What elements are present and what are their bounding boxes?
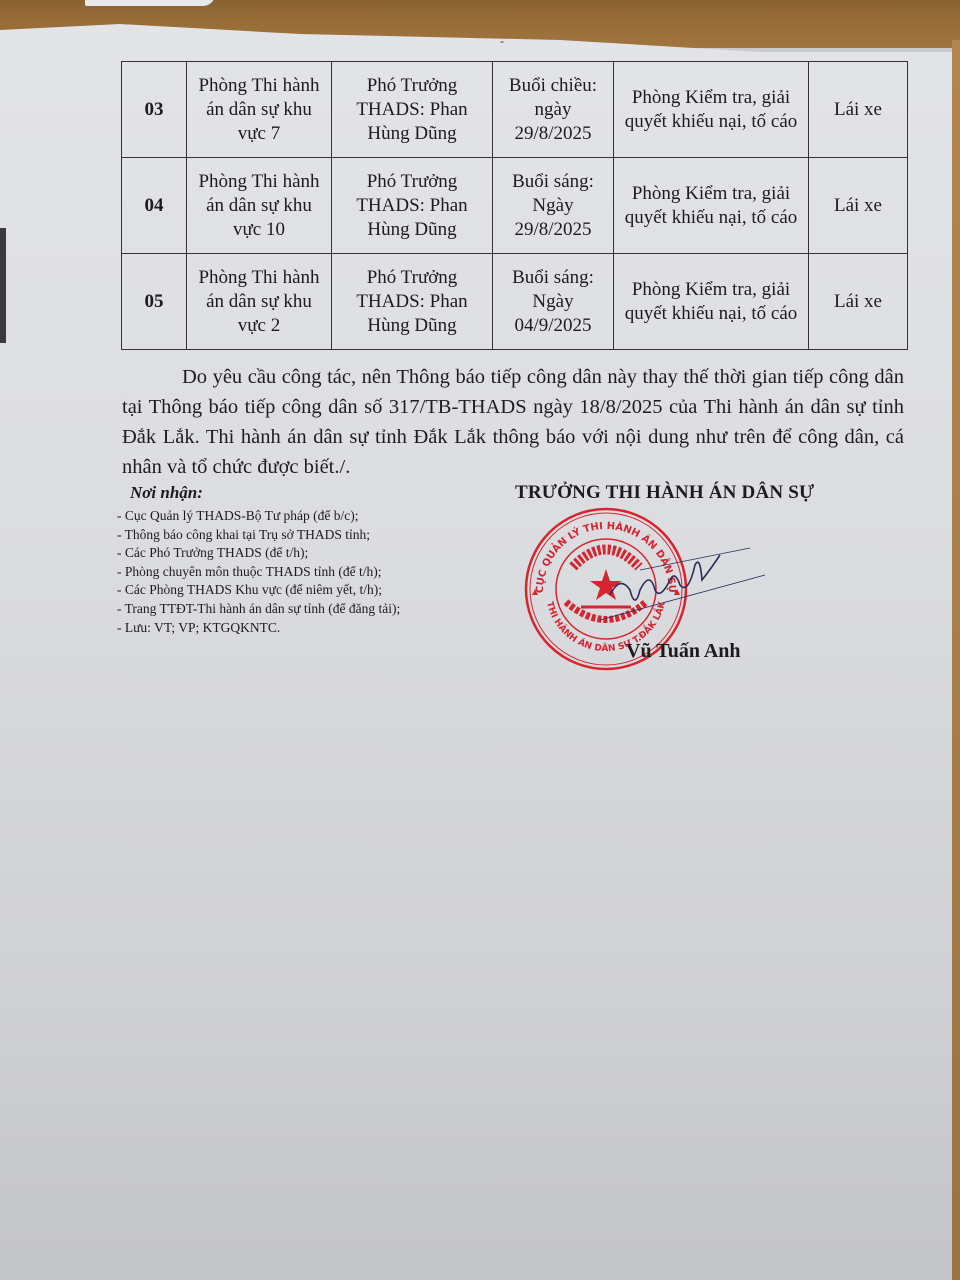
recipient-item: - Trang TTĐT-Thi hành án dân sự tỉnh (để…: [117, 600, 507, 619]
leader-cell: Phó Trưởng THADS: Phan Hùng Dũng: [332, 62, 493, 158]
staff-cell: Lái xe: [809, 254, 908, 350]
desk-edge-right: [952, 40, 960, 1280]
recipient-item: - Phòng chuyên môn thuộc THADS tỉnh (để …: [117, 563, 507, 582]
unit-cell: Phòng Thi hành án dân sự khu vực 2: [187, 254, 332, 350]
stacked-paper-edge: [85, 0, 215, 6]
time-cell: Buổi chiều: ngày 29/8/2025: [493, 62, 614, 158]
unit-cell: Phòng Thi hành án dân sự khu vực 7: [187, 62, 332, 158]
leader-cell: Phó Trưởng THADS: Phan Hùng Dũng: [332, 158, 493, 254]
department-cell: Phòng Kiểm tra, giải quyết khiếu nại, tố…: [614, 62, 809, 158]
staff-cell: Lái xe: [809, 62, 908, 158]
reception-schedule-table: 03 Phòng Thi hành án dân sự khu vực 7 Ph…: [121, 61, 908, 350]
recipient-item: - Cục Quản lý THADS-Bộ Tư pháp (để b/c);: [117, 507, 507, 526]
page-mark: -: [500, 34, 504, 49]
staff-cell: Lái xe: [809, 158, 908, 254]
time-cell: Buổi sáng: Ngày 29/8/2025: [493, 158, 614, 254]
recipients-title: Nơi nhận:: [130, 483, 507, 503]
leader-cell: Phó Trưởng THADS: Phan Hùng Dũng: [332, 254, 493, 350]
notice-paragraph: Do yêu cầu công tác, nên Thông báo tiếp …: [122, 362, 904, 482]
unit-cell: Phòng Thi hành án dân sự khu vực 10: [187, 158, 332, 254]
recipients-block: Nơi nhận: - Cục Quản lý THADS-Bộ Tư pháp…: [117, 483, 507, 637]
row-number: 04: [122, 158, 187, 254]
recipient-item: - Lưu: VT; VP; KTGQKNTC.: [117, 619, 507, 638]
signer-name: Vũ Tuấn Anh: [626, 640, 741, 663]
recipient-item: - Các Phó Trưởng THADS (để t/h);: [117, 544, 507, 563]
signer-title: TRƯỞNG THI HÀNH ÁN DÂN SỰ: [515, 482, 814, 504]
table-row: 05 Phòng Thi hành án dân sự khu vực 2 Ph…: [122, 254, 908, 350]
recipient-item: - Các Phòng THADS Khu vực (để niêm yết, …: [117, 581, 507, 600]
time-cell: Buổi sáng: Ngày 04/9/2025: [493, 254, 614, 350]
row-number: 05: [122, 254, 187, 350]
recipient-item: - Thông báo công khai tại Trụ sở THADS t…: [117, 526, 507, 545]
table-row: 03 Phòng Thi hành án dân sự khu vực 7 Ph…: [122, 62, 908, 158]
department-cell: Phòng Kiểm tra, giải quyết khiếu nại, tố…: [614, 254, 809, 350]
department-cell: Phòng Kiểm tra, giải quyết khiếu nại, tố…: [614, 158, 809, 254]
row-number: 03: [122, 62, 187, 158]
table-row: 04 Phòng Thi hành án dân sự khu vực 10 P…: [122, 158, 908, 254]
handwritten-signature-icon: [580, 540, 780, 630]
page-shadow-strip: [0, 228, 6, 343]
